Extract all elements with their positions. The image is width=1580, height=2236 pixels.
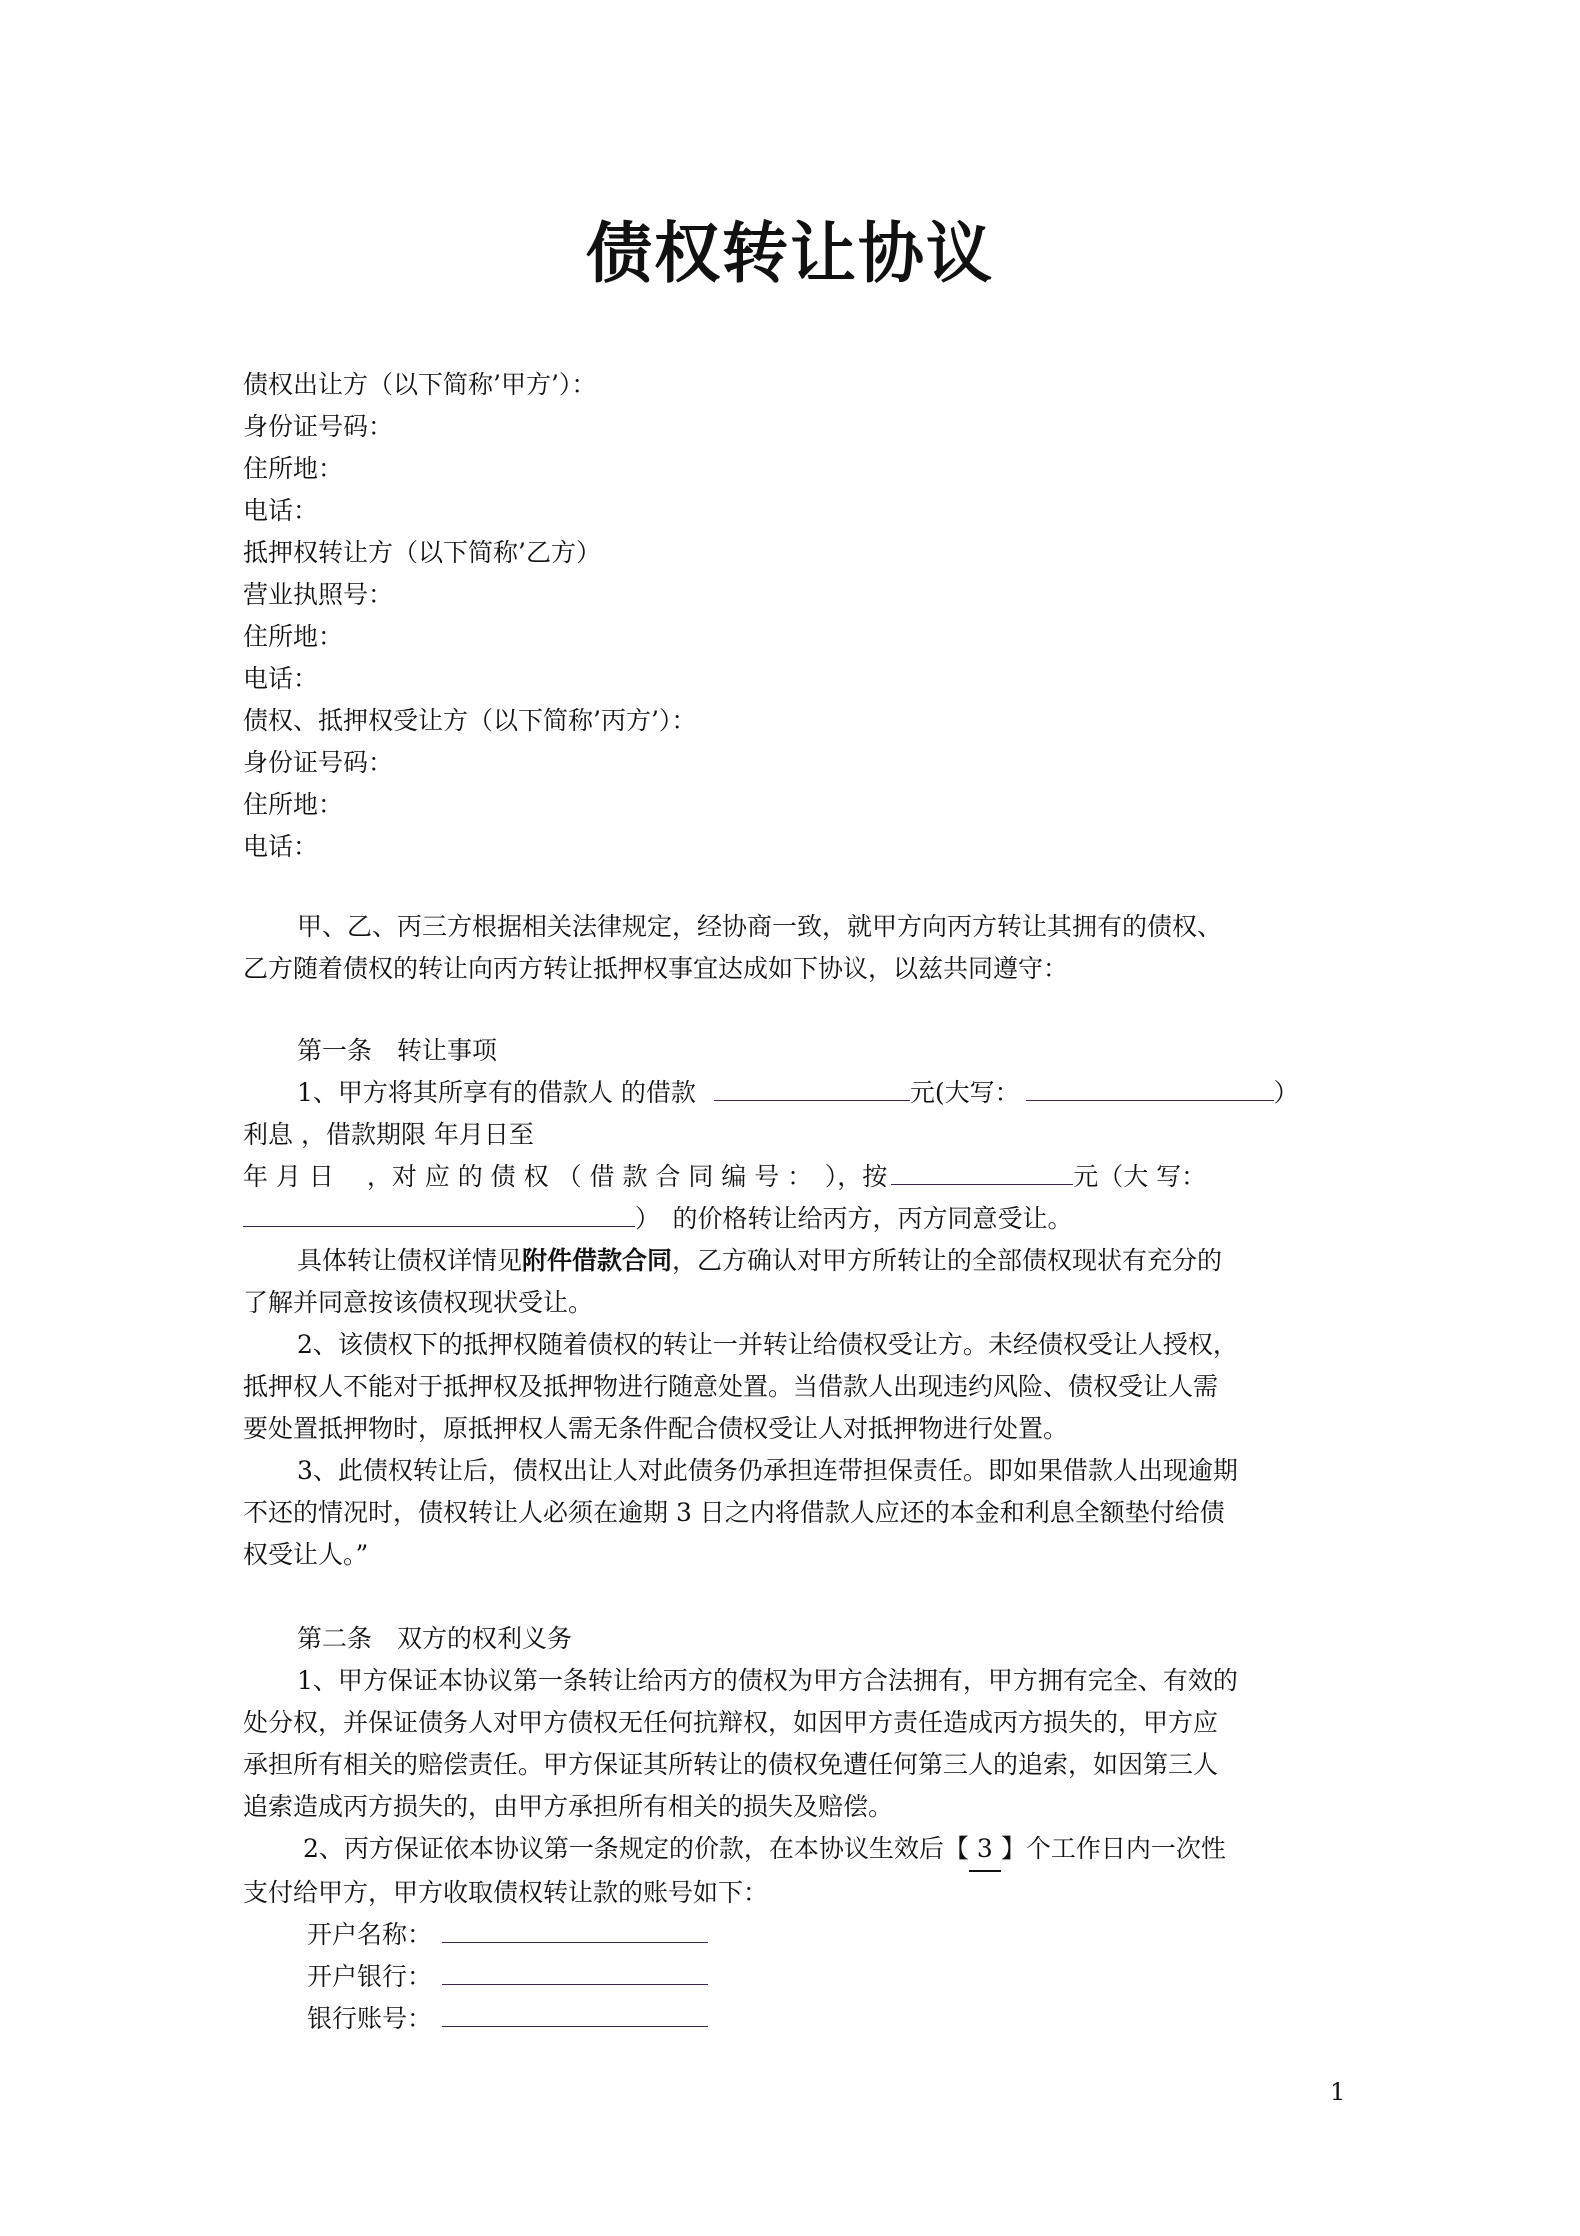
party-c-name-field: 债权、抵押权受让方（以下简称’丙方’）： [243,700,1353,742]
article-1-heading: 第一条 转让事项 [243,1030,1353,1072]
preamble-line: 乙方随着债权的转让向丙方转让抵押权事宜达成如下协议，以兹共同遵守： [243,948,1353,990]
party-a-phone-field: 电话： [243,490,1353,532]
bank-name-blank [442,1956,708,1985]
party-a-name-field: 债权出让方（以下简称’甲方’）： [243,364,1353,406]
attachment-reference: 附件借款合同 [522,1246,672,1275]
article-1-item-1-line: 1、甲方将其所享有的借款人 的借款 元(大写：） [243,1072,1353,1114]
article-1-item-1-line: 年 月 日 ，对 应 的 债 权 （ 借 款 合 同 编 号 ： ），按元（大 … [243,1156,1353,1198]
bank-name-row: 开户银行： [243,1956,1353,1998]
transfer-price-blank [891,1156,1073,1185]
article-1-item-1-line: ） 的价格转让给丙方，丙方同意受让。 [243,1198,1353,1240]
party-c-id-field: 身份证号码： [243,742,1353,784]
text-segment: 元(大写： [910,1078,1020,1107]
preamble-line: 甲、乙、丙三方根据相关法律规定，经协商一致，就甲方向丙方转让其拥有的债权、 [243,906,1353,948]
document-title: 债权转让协议 [0,208,1580,298]
text-segment: 年 月 日 ，对 应 的 债 权 （ 借 款 合 同 编 号 ： ），按 [243,1162,887,1191]
text-segment: 1、甲方将其所享有的借款人 的借款 [297,1078,696,1107]
document-page: 债权转让协议 债权出让方（以下简称’甲方’）： 身份证号码： 住所地： 电话： … [0,0,1580,2236]
article-1-detail-line: 了解并同意按该债权现状受让。 [243,1282,1353,1324]
account-name-blank [442,1914,708,1943]
article-2-item-1-line: 1、甲方保证本协议第一条转让给丙方的债权为甲方合法拥有，甲方拥有完全、有效的 [243,1660,1353,1702]
party-c-phone-field: 电话： [243,826,1353,868]
text-segment: ） 的价格转让给丙方，丙方同意受让。 [635,1204,1073,1233]
article-2-item-2-line: 支付给甲方，甲方收取债权转让款的账号如下： [243,1872,1353,1914]
party-b-name-field: 抵押权转让方（以下简称’乙方） [243,532,1353,574]
text-segment: 2、丙方保证依本协议第一条规定的价款，在本协议生效后【 [303,1834,969,1863]
account-name-row: 开户名称： [243,1914,1353,1956]
loan-amount-blank [714,1072,910,1101]
bank-name-label: 开户银行： [307,1962,432,1991]
party-b-license-field: 营业执照号： [243,574,1353,616]
party-b-address-field: 住所地： [243,616,1353,658]
article-2-item-1-line: 处分权，并保证债务人对甲方债权无任何抗辩权，如因甲方责任造成丙方损失的，甲方应 [243,1702,1353,1744]
page-number: 1 [1330,2078,1345,2106]
article-2-item-1-line: 追索造成丙方损失的，由甲方承担所有相关的损失及赔偿。 [243,1786,1353,1828]
article-2-item-2-line: 2、丙方保证依本协议第一条规定的价款，在本协议生效后【3】个工作日内一次性 [243,1828,1353,1872]
article-1: 第一条 转让事项 1、甲方将其所享有的借款人 的借款 元(大写：） 利息 ，借款… [243,1030,1353,1576]
payment-days-value: 3 [969,1828,1001,1872]
parties-section: 债权出让方（以下简称’甲方’）： 身份证号码： 住所地： 电话： 抵押权转让方（… [243,364,1353,868]
article-1-item-3-line: 不还的情况时，债权转让人必须在逾期 3 日之内将借款人应还的本金和利息全额垫付给… [243,1492,1353,1534]
article-1-detail-line: 具体转让债权详情见附件借款合同，乙方确认对甲方所转让的全部债权现状有充分的 [243,1240,1353,1282]
transfer-price-uppercase-blank [243,1198,635,1227]
account-number-blank [442,1998,708,2027]
loan-amount-uppercase-blank [1026,1072,1274,1101]
account-number-row: 银行账号： [243,1998,1353,2040]
preamble: 甲、乙、丙三方根据相关法律规定，经协商一致，就甲方向丙方转让其拥有的债权、 乙方… [243,906,1353,990]
article-1-item-2-line: 要处置抵押物时，原抵押权人需无条件配合债权受让人对抵押物进行处置。 [243,1408,1353,1450]
article-1-item-3-line: 3、此债权转让后，债权出让人对此债务仍承担连带担保责任。即如果借款人出现逾期 [243,1450,1353,1492]
party-a-id-field: 身份证号码： [243,406,1353,448]
article-1-item-3-line: 权受让人。” [243,1534,1353,1576]
article-1-item-2-line: 2、该债权下的抵押权随着债权的转让一并转让给债权受让方。未经债权受让人授权， [243,1324,1353,1366]
account-name-label: 开户名称： [307,1920,432,1949]
account-number-label: 银行账号： [307,2004,432,2033]
text-segment: ，乙方确认对甲方所转让的全部债权现状有充分的 [672,1246,1222,1275]
text-segment: ） [1274,1078,1299,1107]
article-1-item-1-line: 利息 ，借款期限 年月日至 [243,1114,1353,1156]
article-1-item-2-line: 抵押权人不能对于抵押权及抵押物进行随意处置。当借款人出现违约风险、债权受让人需 [243,1366,1353,1408]
party-b-phone-field: 电话： [243,658,1353,700]
article-2-item-1-line: 承担所有相关的赔偿责任。甲方保证其所转让的债权免遭任何第三人的追索，如因第三人 [243,1744,1353,1786]
text-segment: 元（大 写： [1073,1162,1206,1191]
text-segment: 具体转让债权详情见 [297,1246,522,1275]
article-2: 第二条 双方的权利义务 1、甲方保证本协议第一条转让给丙方的债权为甲方合法拥有，… [243,1618,1353,2040]
text-segment: 】个工作日内一次性 [1001,1834,1226,1863]
party-c-address-field: 住所地： [243,784,1353,826]
article-2-heading: 第二条 双方的权利义务 [243,1618,1353,1660]
party-a-address-field: 住所地： [243,448,1353,490]
